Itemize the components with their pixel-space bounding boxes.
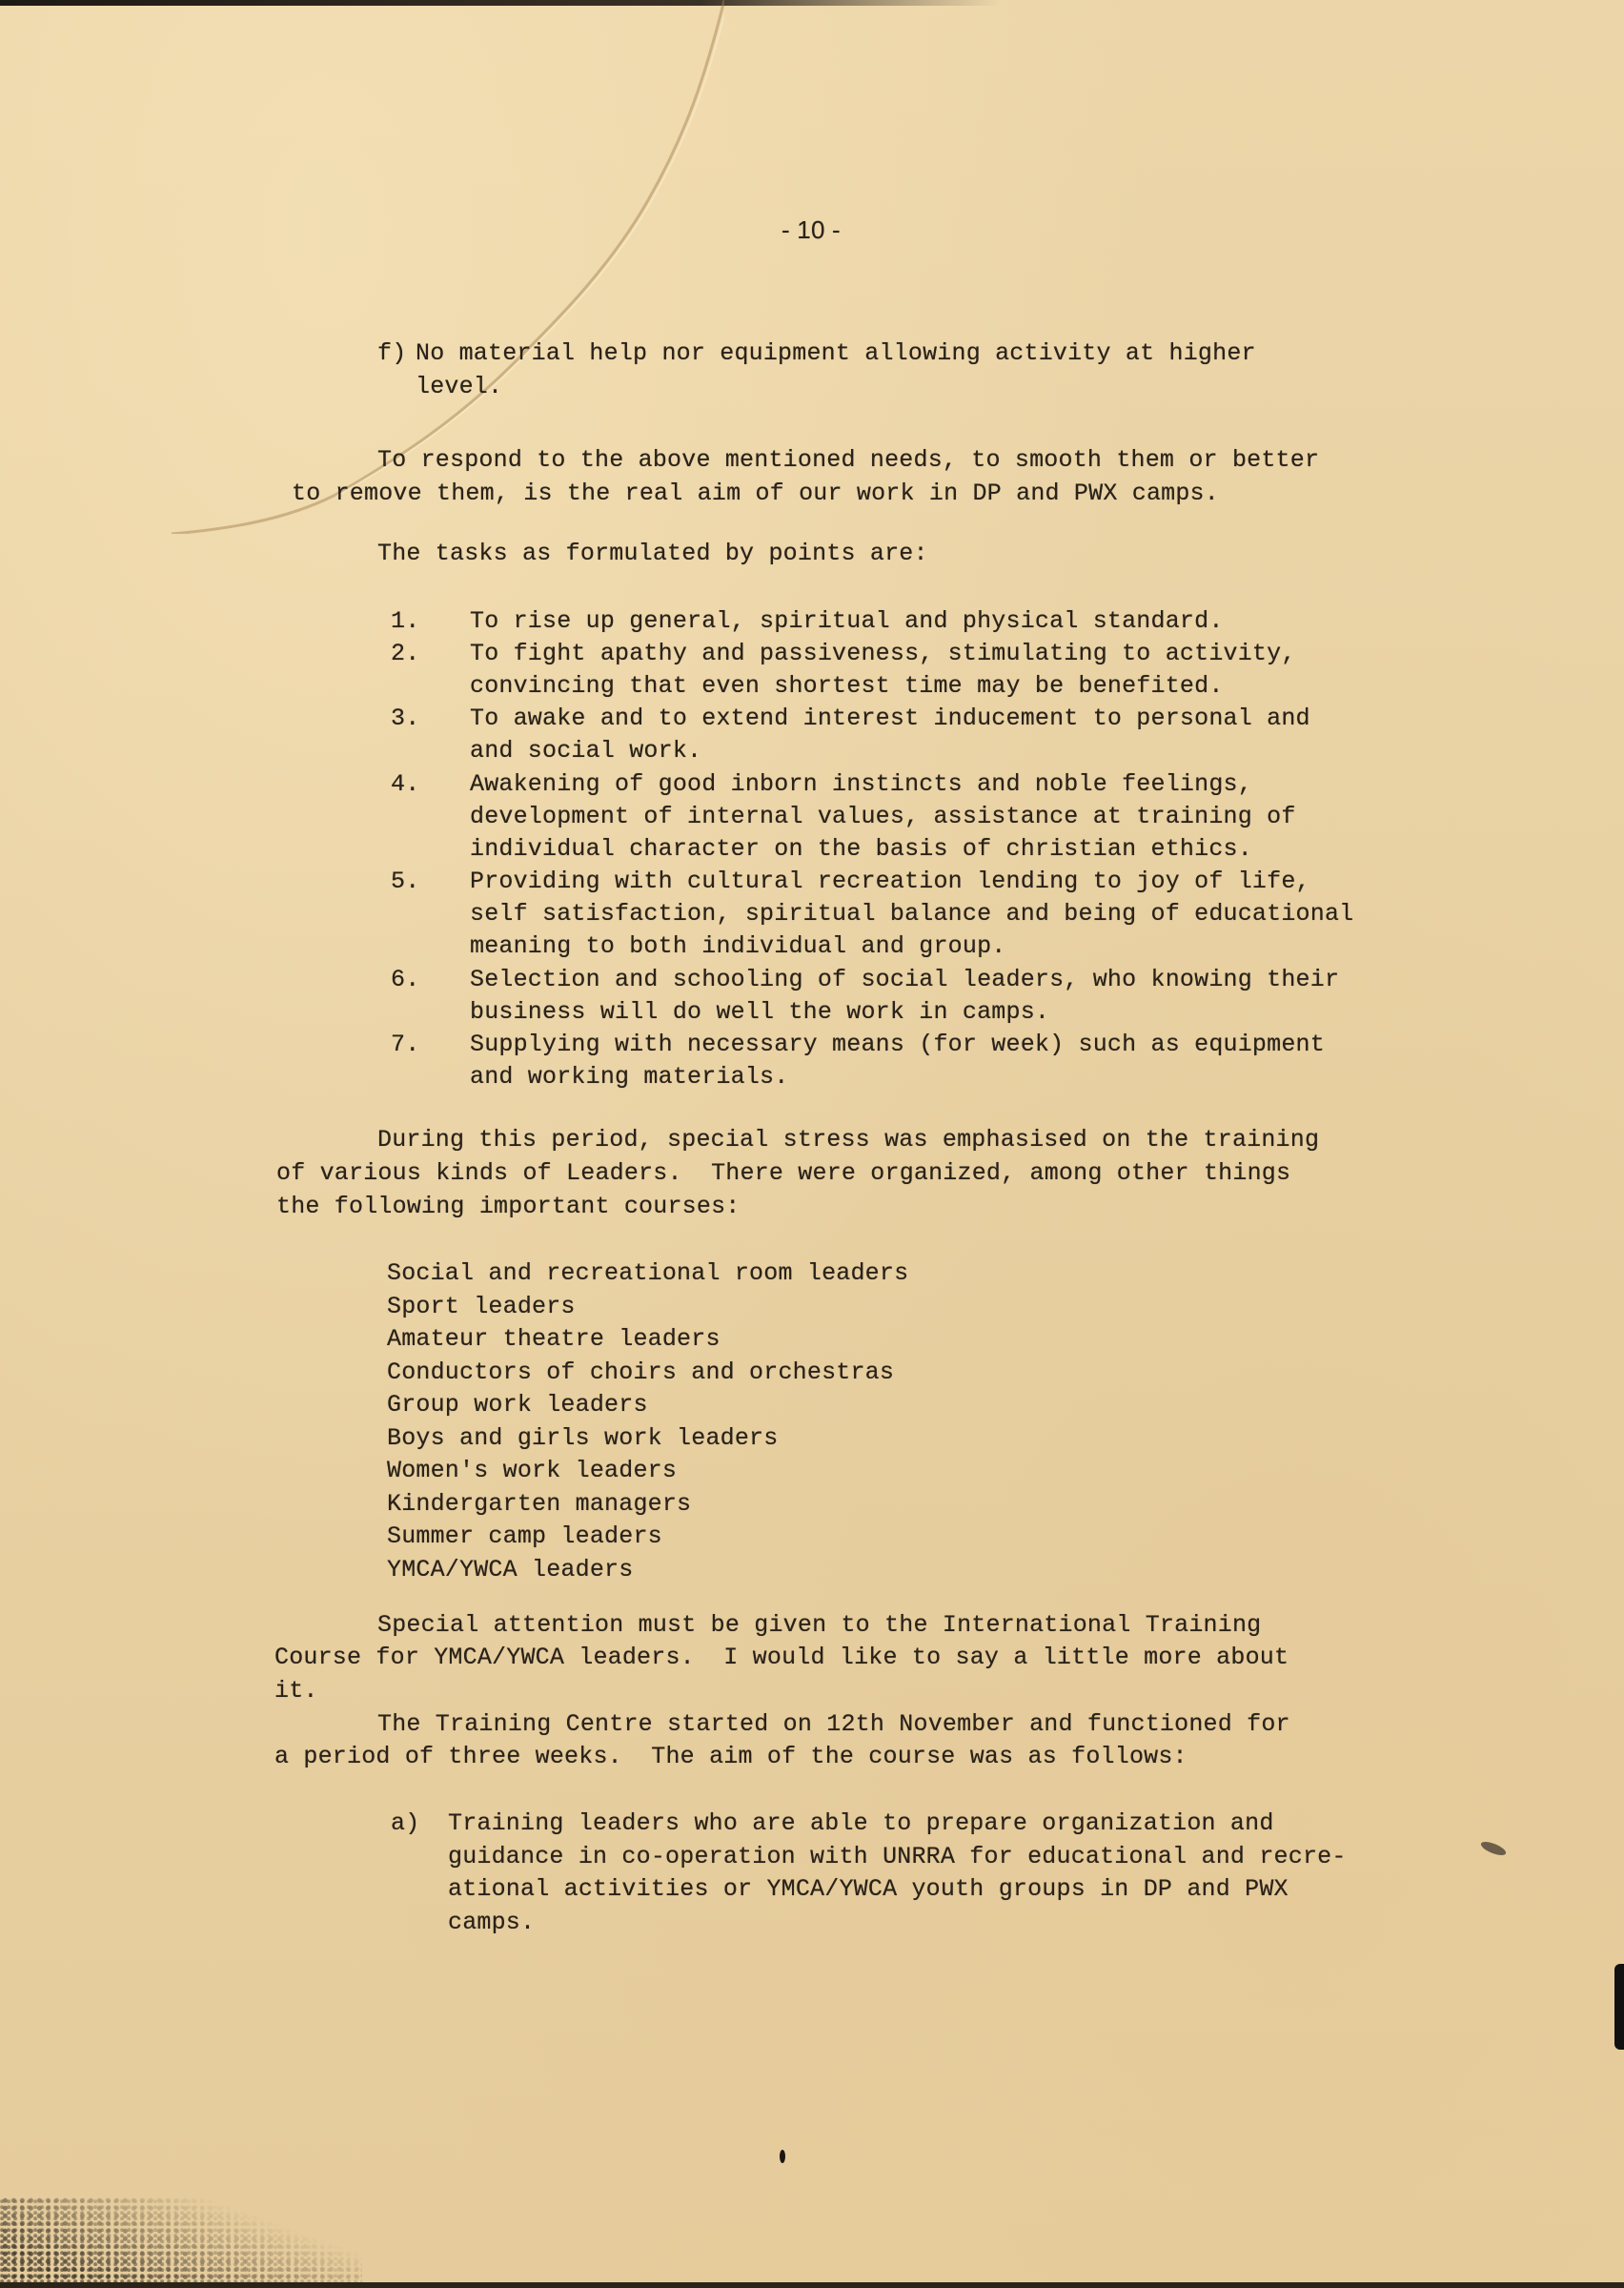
paragraph-line: to remove them, is the real aim of our w…: [292, 478, 1219, 510]
task-line: self satisfaction, spiritual balance and…: [470, 898, 1353, 930]
course-item: Boys and girls work leaders: [387, 1422, 778, 1455]
scan-bottom-edge: [0, 2282, 1624, 2288]
task-number: 3.: [391, 703, 419, 735]
task-line: business will do well the work in camps.: [470, 996, 1049, 1029]
task-line: and social work.: [470, 735, 701, 767]
task-number: 7.: [391, 1029, 419, 1061]
item-f-line-1: No material help nor equipment allowing …: [416, 337, 1256, 370]
item-f-line-2: level.: [416, 371, 502, 403]
ink-speck: [780, 2150, 785, 2163]
task-number: 1.: [391, 605, 419, 638]
paragraph-line: the following important courses:: [276, 1191, 740, 1223]
task-number: 2.: [391, 638, 419, 670]
course-item: Sport leaders: [387, 1291, 576, 1323]
task-number: 5.: [391, 866, 419, 898]
page-number: - 10 -: [782, 214, 841, 246]
course-item: Women's work leaders: [387, 1455, 677, 1487]
paragraph-line: The Training Centre started on 12th Nove…: [377, 1708, 1290, 1741]
course-item: Social and recreational room leaders: [387, 1257, 908, 1290]
course-item: Conductors of choirs and orchestras: [387, 1357, 894, 1389]
task-line: and working materials.: [470, 1061, 788, 1093]
course-item: Summer camp leaders: [387, 1521, 662, 1553]
task-line: To rise up general, spiritual and physic…: [470, 605, 1224, 638]
paragraph-line: it.: [274, 1675, 318, 1707]
paragraph-line: a period of three weeks. The aim of the …: [274, 1741, 1188, 1773]
task-line: development of internal values, assistan…: [470, 801, 1296, 833]
tasks-intro: The tasks as formulated by points are:: [377, 538, 928, 570]
course-item: Group work leaders: [387, 1389, 648, 1421]
ink-smudge: [0, 2197, 362, 2288]
document-page: - 10 - f) No material help nor equipment…: [0, 0, 1624, 2288]
scan-edge-mark: [1614, 1964, 1624, 2050]
scan-top-edge: [0, 0, 1001, 6]
item-f-marker: f): [377, 337, 406, 370]
task-number: 6.: [391, 964, 419, 996]
course-item: Kindergarten managers: [387, 1488, 691, 1521]
task-line: convincing that even shortest time may b…: [470, 670, 1224, 703]
course-item: YMCA/YWCA leaders: [387, 1554, 633, 1586]
paragraph-line: During this period, special stress was e…: [377, 1124, 1319, 1156]
task-line: Awakening of good inborn instincts and n…: [470, 768, 1252, 801]
task-line: To fight apathy and passiveness, stimula…: [470, 638, 1296, 670]
aim-a-line: ational activities or YMCA/YWCA youth gr…: [448, 1873, 1289, 1906]
task-line: To awake and to extend interest induceme…: [470, 703, 1310, 735]
paragraph-line: of various kinds of Leaders. There were …: [276, 1157, 1290, 1190]
task-line: Providing with cultural recreation lendi…: [470, 866, 1310, 898]
aim-a-line: guidance in co-operation with UNRRA for …: [448, 1841, 1347, 1873]
aim-a-line: camps.: [448, 1907, 535, 1939]
task-line: Supplying with necessary means (for week…: [470, 1029, 1325, 1061]
task-number: 4.: [391, 768, 419, 801]
aim-a-marker: a): [391, 1808, 419, 1840]
task-line: individual character on the basis of chr…: [470, 833, 1252, 866]
task-line: meaning to both individual and group.: [470, 930, 1006, 963]
paragraph-line: To respond to the above mentioned needs,…: [377, 444, 1319, 477]
aim-a-line: Training leaders who are able to prepare…: [448, 1808, 1274, 1840]
paragraph-line: Special attention must be given to the I…: [377, 1609, 1261, 1642]
paragraph-line: Course for YMCA/YWCA leaders. I would li…: [274, 1642, 1289, 1674]
course-item: Amateur theatre leaders: [387, 1323, 721, 1356]
ink-speck: [1479, 1839, 1508, 1858]
task-line: Selection and schooling of social leader…: [470, 964, 1339, 996]
